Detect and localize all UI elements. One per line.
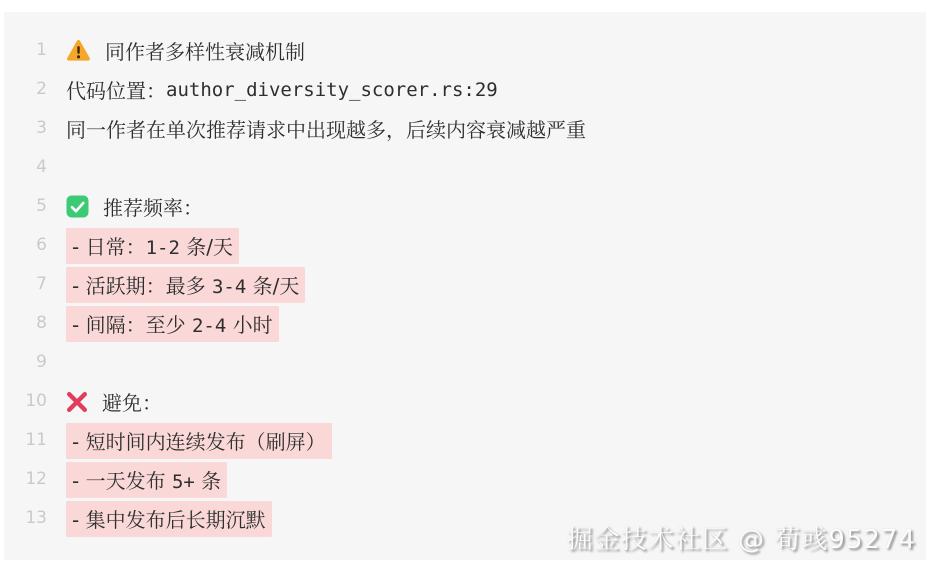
- line-content: 同一作者在单次推荐请求中出现越多，后续内容衰减越严重: [66, 114, 586, 143]
- line: 7- 活跃期：最多 3-4 条/天: [4, 265, 926, 304]
- line: 6- 日常：1-2 条/天: [4, 226, 926, 265]
- highlighted-text: - 日常：1-2 条/天: [66, 228, 239, 264]
- line-number: 7: [4, 276, 47, 293]
- line-text: 条: [195, 469, 221, 493]
- line-text: - 日常：: [72, 235, 146, 259]
- line-content: 推荐频率：: [66, 192, 203, 221]
- line-number: 9: [4, 354, 47, 371]
- line-number: 13: [4, 510, 47, 527]
- line: 12- 一天发布 5+ 条: [4, 460, 926, 499]
- line-text: - 集中发布后长期沉默: [72, 508, 266, 532]
- line-content: - 短时间内连续发布（刷屏）: [66, 423, 332, 459]
- line-content: - 间隔：至少 2-4 小时: [66, 306, 279, 342]
- line-number: 3: [4, 120, 47, 137]
- watermark: 掘金技术社区 @ 荀彧95274: [567, 519, 916, 556]
- code-text: 1-2: [146, 237, 180, 259]
- code-text: 3-4: [212, 276, 246, 298]
- line-content: - 活跃期：最多 3-4 条/天: [66, 267, 305, 303]
- line-text: 同一作者在单次推荐请求中出现越多，后续内容衰减越严重: [66, 114, 586, 143]
- line-number: 10: [4, 393, 47, 410]
- check-icon: [66, 195, 89, 218]
- line: 11- 短时间内连续发布（刷屏）: [4, 421, 926, 460]
- line-text: 条/天: [246, 274, 299, 298]
- highlighted-text: - 活跃期：最多 3-4 条/天: [66, 267, 305, 303]
- line-content: 避免：: [66, 387, 162, 416]
- line-text: 同作者多样性衰减机制: [105, 36, 305, 65]
- line-content: 同作者多样性衰减机制: [66, 36, 305, 65]
- line-text: 小时: [226, 313, 272, 337]
- line: 10避免：: [4, 382, 926, 421]
- line: 5推荐频率：: [4, 187, 926, 226]
- line-number: 11: [4, 432, 47, 449]
- highlighted-text: - 一天发布 5+ 条: [66, 462, 227, 498]
- line-number: 6: [4, 237, 47, 254]
- line: 4: [4, 148, 926, 187]
- line-number: 12: [4, 471, 47, 488]
- line-content: - 一天发布 5+ 条: [66, 462, 227, 498]
- line-content: - 日常：1-2 条/天: [66, 228, 239, 264]
- line-number: 4: [4, 159, 47, 176]
- line-text: 代码位置：: [66, 75, 166, 104]
- cross-icon: [66, 391, 88, 413]
- line-text: - 活跃期：最多: [72, 274, 212, 298]
- line-list: 1同作者多样性衰减机制2代码位置：author_diversity_scorer…: [4, 12, 926, 538]
- line-number: 8: [4, 315, 47, 332]
- code-text: author_diversity_scorer.rs:29: [166, 79, 498, 101]
- code-text: 5+: [172, 471, 195, 493]
- line-number: 1: [4, 42, 47, 59]
- line-content: - 集中发布后长期沉默: [66, 501, 272, 537]
- line-text: - 一天发布: [72, 469, 172, 493]
- highlighted-text: - 间隔：至少 2-4 小时: [66, 306, 279, 342]
- line-text: 条/天: [180, 235, 233, 259]
- highlighted-text: - 集中发布后长期沉默: [66, 501, 272, 537]
- line: 3同一作者在单次推荐请求中出现越多，后续内容衰减越严重: [4, 109, 926, 148]
- code-text: 2-4: [192, 315, 226, 337]
- line-text: 推荐频率：: [103, 192, 203, 221]
- line-number: 5: [4, 198, 47, 215]
- warning-icon: [66, 39, 91, 62]
- line-number: 2: [4, 81, 47, 98]
- highlighted-text: - 短时间内连续发布（刷屏）: [66, 423, 332, 459]
- line-text: 避免：: [102, 387, 162, 416]
- line-text: - 间隔：至少: [72, 313, 192, 337]
- line: 8- 间隔：至少 2-4 小时: [4, 304, 926, 343]
- line: 1同作者多样性衰减机制: [4, 31, 926, 70]
- content-panel: 1同作者多样性衰减机制2代码位置：author_diversity_scorer…: [4, 12, 926, 560]
- line: 9: [4, 343, 926, 382]
- line-content: 代码位置：author_diversity_scorer.rs:29: [66, 75, 498, 104]
- line-text: - 短时间内连续发布（刷屏）: [72, 430, 326, 454]
- line: 2代码位置：author_diversity_scorer.rs:29: [4, 70, 926, 109]
